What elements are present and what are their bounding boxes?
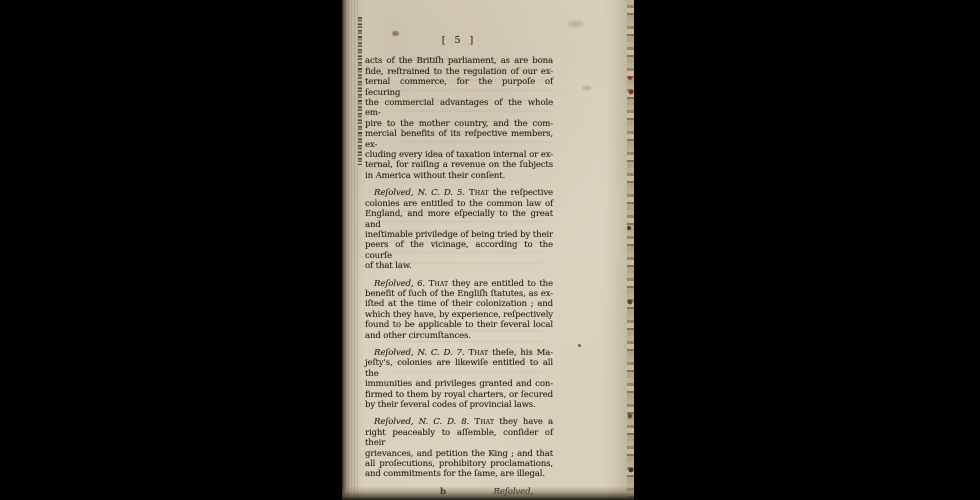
text-line: Reſolved, N. C. D. 7. That theſe, his Ma… [365, 348, 553, 358]
paper-blemish [578, 344, 581, 347]
page-number-header: [ 5 ] [365, 36, 553, 46]
text-line: colonies are entitled to the common law … [365, 199, 553, 209]
screenshot-backdrop: [ 5 ] acts of the Britiſh parliament, as… [0, 0, 980, 500]
text-line: and other circumſtances. [365, 331, 553, 341]
text-line: firmed to them by royal charters, or ſec… [365, 390, 553, 400]
paragraph: Reſolved, N. C. D. 7. That theſe, his Ma… [365, 348, 553, 410]
resolved-lead-italic: Reſolved, N. C. D. 7. [374, 348, 464, 358]
text-line: grievances, and petition the King ; and … [365, 449, 553, 459]
resolved-lead-italic: Reſolved, N. C. D. 8. [374, 417, 469, 427]
text-block: [ 5 ] acts of the Britiſh parliament, as… [365, 36, 553, 498]
text-line: by their ſeveral codes of provincial law… [365, 400, 553, 410]
text-line: ternal, for raiſing a revenue on the ſub… [365, 160, 553, 170]
paragraphs: acts of the Britiſh parliament, as are b… [365, 56, 553, 479]
smallcaps-word: That [469, 188, 489, 198]
text-line: right peaceably to aſſemble, conſider of… [365, 428, 553, 449]
text-line: jeſty's, colonies are likewiſe entitled … [365, 358, 553, 379]
text-line: iſted at the time of their colonization … [365, 299, 553, 309]
paragraph: Reſolved, N. C. D. 8. That they have ari… [365, 417, 553, 479]
text-line: pire to the mother country, and the com- [365, 119, 553, 129]
book-page-scan: [ 5 ] acts of the Britiſh parliament, as… [342, 0, 634, 500]
text-line: found to be applicable to their ſeveral … [365, 320, 553, 330]
smallcaps-word: That [474, 417, 494, 427]
text-line: mercial benefits of its reſpective membe… [365, 129, 553, 150]
text-line: Reſolved, 6. That they are entitled to t… [365, 279, 553, 289]
vertical-spine-credit-text [358, 17, 362, 165]
text-line: acts of the Britiſh parliament, as are b… [365, 56, 553, 66]
text-line: and commitments for the ſame, are illega… [365, 469, 553, 479]
page-bottom-edge [342, 486, 634, 500]
text-line: fide, reſtrained to the regulation of ou… [365, 67, 553, 77]
smallcaps-word: That [468, 348, 488, 358]
text-line: which they have, by experience, reſpecti… [365, 310, 553, 320]
text-line: immunities and privileges granted and co… [365, 379, 553, 389]
text-line: ternal commerce, for the purpoſe of ſecu… [365, 77, 553, 98]
paragraph: acts of the Britiſh parliament, as are b… [365, 56, 553, 181]
text-line: ineſtimable priviledge of being tried by… [365, 230, 553, 240]
text-line: peers of the vicinage, according to the … [365, 240, 553, 261]
page-binding-edge [342, 0, 358, 500]
paragraph: Reſolved, 6. That they are entitled to t… [365, 279, 553, 341]
fore-edge-flecks [627, 0, 634, 500]
paper-blemish [582, 86, 592, 90]
paragraph: Reſolved, N. C. D. 5. That the reſpectiv… [365, 188, 553, 271]
text-line: all proſecutions, prohibitory proclamati… [365, 459, 553, 469]
text-line: in America without their conſent. [365, 171, 553, 181]
text-line: cluding every idea of taxation internal … [365, 150, 553, 160]
paper-blemish [567, 21, 583, 27]
resolved-lead-italic: Reſolved, N. C. D. 5. [374, 188, 465, 198]
resolved-lead-italic: Reſolved, 6. [374, 279, 425, 289]
text-line: England, and more eſpecially to the grea… [365, 209, 553, 230]
text-line: Reſolved, N. C. D. 8. That they have a [365, 417, 553, 427]
text-line: Reſolved, N. C. D. 5. That the reſpectiv… [365, 188, 553, 198]
text-line: the commercial advantages of the whole e… [365, 98, 553, 119]
text-line: of that law. [365, 261, 553, 271]
text-line: benefit of ſuch of the Engliſh ſtatutes,… [365, 289, 553, 299]
smallcaps-word: That [429, 279, 449, 289]
